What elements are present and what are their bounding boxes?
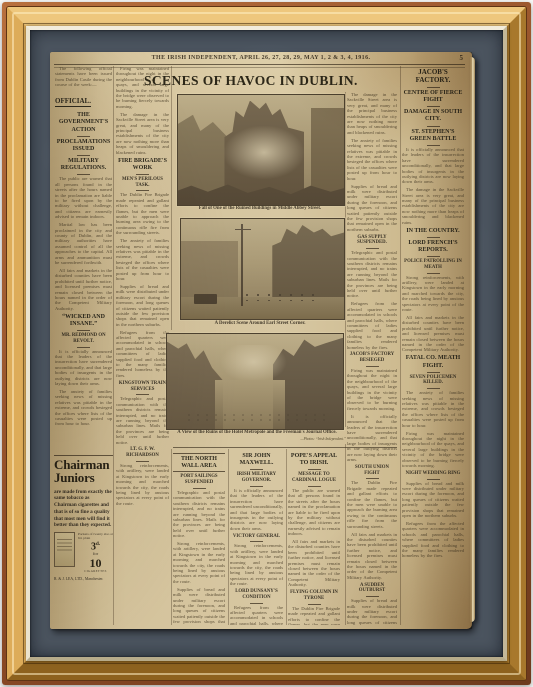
body-text: Telegraphic and postal communication wit… [347,250,397,299]
collapsing-building-shape [224,101,304,206]
smoke-haze-shape [220,345,287,383]
body-text: Strong reinforcements, with artillery, w… [402,275,464,313]
body-text: The damage in the Sackville Street area … [116,112,169,155]
official-kicker: OFFICIAL. [55,97,91,107]
telegraph-pole-shape [241,224,243,306]
headline-lord-frenchs-reports: LORD FRENCH'S REPORTS. [402,240,464,257]
ad-price-row: Packets of twenty also at 6d. plain 3d. … [54,532,113,573]
headline-governments-action: THE GOVERNMENT'S ACTION [55,112,112,137]
body-text: The anxiety of families seeking news of … [402,390,464,428]
cigarette-pack-image [54,532,75,567]
ad-price-unit: d. [96,542,100,547]
ruins-left-shape [167,342,223,429]
body-text: Supplies of bread and milk were distribu… [347,598,397,625]
photo-hotel-metropole-ruins [166,333,344,430]
ad-note: Packets of twenty also at 6d. plain [78,532,113,541]
headline-north-wall-area: THE NORTH WALL AREA [173,453,225,472]
distant-buildings-shape [181,241,238,297]
column-divider [286,449,287,625]
headline-irish-military-governor: IRISH MILITARY GOVERNOR. [230,472,283,487]
smoke-dust-cloud [224,126,304,179]
column-divider [345,444,346,625]
ad-count-unit: CIGARETTES [78,569,113,573]
headline-lord-dunsanys-condition: LORD DUNSANY'S CONDITION [230,589,283,604]
building-facade-shape [311,108,344,205]
caption-earl-street: A Derelict Scene Around Earl Street Corn… [171,321,349,327]
headline-sir-john-maxwell: SIR JOHN MAXWELL. [230,453,283,470]
headline-st-stephens-green-battle: ST. STEPHEN'S GREEN BATTLE [402,129,464,146]
column-divider [171,449,172,625]
headline-damage-in-south-city: DAMAGE IN SOUTH CITY. [402,109,464,126]
headline-in-the-country: IN THE COUNTRY. [402,228,464,238]
body-text: The anxiety of families seeking news of … [116,238,169,281]
ruined-corner-building-shape [272,225,344,319]
headline-jacobs-factory: JACOB'S FACTORY. [402,68,464,88]
column-divider [171,66,172,330]
ruined-building-shape [178,115,228,205]
body-text: Telegraphic and postal communication wit… [173,490,225,539]
caption-hotel-metropole: A View of the Ruins of the Hotel Metropo… [160,430,354,436]
column-sir-john-maxwell: SIR JOHN MAXWELL. IRISH MILITARY GOVERNO… [230,451,283,625]
headline-centre-of-fierce-fight: CENTRE OF FIERCE FIGHT [402,90,464,107]
masthead: THE IRISH INDEPENDENT, APRIL 26, 27, 28,… [90,55,432,61]
body-text: Martial law has been proclaimed in the c… [55,222,112,265]
body-text: Refugees from the affected quarters were… [347,301,397,350]
crowd-specks [185,412,326,422]
headline-redmond-on-revolt: MR. REDMOND ON REVOLT. [55,333,112,348]
body-text: Strong reinforcements, with artillery, w… [230,543,283,586]
ad-price-column: Packets of twenty also at 6d. plain 3d. … [78,532,113,573]
photo-credit: —Photos: “Irish Independent.” [300,437,346,441]
headline-proclamations-issued: PROCLAMATIONS ISSUED [55,139,112,156]
body-text: Firing was maintained throughout the nig… [402,431,464,469]
body-text: The public are warned that all persons f… [55,176,112,219]
body-text: All fairs and markets in the disturbed c… [402,315,464,353]
body-text: Supplies of bread and milk were distribu… [173,587,225,625]
page-number: 5 [460,54,464,62]
headline-gas-supply-suspended: GAS SUPPLY SUSPENDED. [347,235,397,250]
headline-mens-perilous-task: MEN'S PERILOUS TASK. [116,177,169,192]
headline-popes-appeal: POPE'S APPEAL TO IRISH. [288,453,340,470]
body-text: Strong reinforcements, with artillery, w… [116,463,169,506]
body-text: The anxiety of families seeking news of … [55,389,112,427]
caption-abbey-street: Fall of One of the Ruined Buildings in M… [171,206,349,212]
column-fire-brigade: Firing was maintained throughout the nig… [116,66,169,625]
body-text: The Dublin Fire Brigade made repeated an… [116,192,169,235]
photo-sky [181,219,344,319]
photo-sky [178,95,344,205]
body-text: Refugees from the affected quarters were… [230,605,283,625]
ruins-right-shape [273,338,343,429]
newspaper-page: THE IRISH INDEPENDENT, APRIL 26, 27, 28,… [50,52,472,629]
column-north-wall-area: THE NORTH WALL AREA PORT SAILINGS SUSPEN… [173,451,225,625]
headline-message-cardinal-logue: MESSAGE TO CARDINAL LOGUE [288,472,340,487]
headline-a-sudden-outburst: A SUDDEN OUTBURST [347,583,397,598]
body-text: The damage in the Sackville Street area … [347,92,397,135]
body-text: All fairs and markets in the disturbed c… [288,539,340,588]
headline-fire-brigades-work: FIRE BRIGADE'S WORK [116,158,169,175]
column-official: The following official statements have b… [55,66,112,453]
body-text: Refugees from the affected quarters were… [402,521,464,559]
column-jacobs-factory: JACOB'S FACTORY. CENTRE OF FIERCE FIGHT … [402,66,464,625]
body-text: Refugees from the affected quarters were… [116,330,169,379]
body-text: Supplies of bread and milk were distribu… [116,284,169,327]
body-text: The Dublin Fire Brigade made repeated an… [288,606,340,625]
body-text: The following official statements have b… [55,66,112,88]
ad-footer: R. & J. LEA, LTD., Manchester. [54,577,113,581]
headline-wicked-and-insane: “WICKED AND INSANE.” [55,314,112,331]
headline-night-wedding-ring: NIGHT WEDDING RING [402,471,464,480]
suede-mat: THE IRISH INDEPENDENT, APRIL 26, 27, 28,… [30,30,503,657]
body-text: Telegraphic and postal communication wit… [116,396,169,445]
body-text: All fairs and markets in the disturbed c… [347,532,397,581]
body-text: Supplies of bread and milk were distribu… [347,184,397,233]
headline-police-patrolling: POLICE PATROLLING IN MEATH [402,259,464,274]
headline-flying-column-tyrone: FLYING COLUMN IN TYRONE [288,590,340,605]
body-text: It is officially announced that the lead… [230,488,283,531]
street-surface-shape [215,380,285,429]
column-city-reports: The damage in the Sackville Street area … [347,92,397,625]
headline-jacobs-factory-besieged: JACOB'S FACTORY BESIEGED [347,352,397,367]
headline-south-union-fight: SOUTH UNION FIGHT [347,465,397,480]
body-text: The damage in the Sackville Street area … [402,187,464,225]
column-divider [113,66,114,625]
headline-seven-policemen-killed: SEVEN POLICEMEN KILLED. [402,375,464,390]
rubble-heap-shape [178,181,344,205]
ad-count: 10 [78,557,113,569]
street-surface-shape [181,297,344,319]
body-text: The Dublin Fire Brigade made repeated an… [347,480,397,529]
column-divider [228,449,229,625]
body-text: It is officially announced that the lead… [347,414,397,463]
column-divider [400,66,401,625]
photo-earl-street-corner [180,218,345,320]
headline-fatal-co-meath-fight: FATAL CO. MEATH FIGHT. [402,355,464,372]
body-text: Strong reinforcements, with artillery, w… [173,541,225,584]
body-text: The public are warned that all persons f… [288,488,340,537]
main-headline: SCENES OF HAVOC IN DUBLIN. [144,73,348,89]
headline-victory-general: VICTORY GENERAL [230,534,283,543]
headline-kingstown-train-services: KINGSTOWN TRAIN SERVICES [116,381,169,396]
cart-shape [194,294,217,304]
headline-military-regulations: MILITARY REGULATIONS. [55,158,112,175]
figures-specks [243,292,316,301]
body-text: Firing was maintained throughout the nig… [347,368,397,411]
body-text: All fairs and markets in the disturbed c… [55,268,112,311]
column-popes-appeal: POPE'S APPEAL TO IRISH. MESSAGE TO CARDI… [288,451,340,625]
headline-port-sailings-suspended: PORT SAILINGS SUSPENDED [173,474,225,489]
telegraph-crossarm-shape [235,229,251,230]
column-divider [345,92,346,427]
photo-sky [167,334,343,429]
body-text: Supplies of bread and milk were distribu… [402,481,464,519]
headline-lt-richardson: LT. G. F. W. RICHARDSON [116,447,169,462]
body-text: It is officially announced that the lead… [55,349,112,387]
ad-body-text: are made from exactly the same tobacco a… [54,489,113,530]
body-text: The anxiety of families seeking news of … [347,138,397,181]
photo-abbey-street-ruins [177,94,345,206]
ad-brand-line1: Chairman [54,458,113,471]
ad-brand-line2: Juniors [54,471,113,484]
body-text: It is officially announced that the lead… [402,147,464,185]
chairman-juniors-ad: Chairman Juniors are made from exactly t… [54,455,113,628]
